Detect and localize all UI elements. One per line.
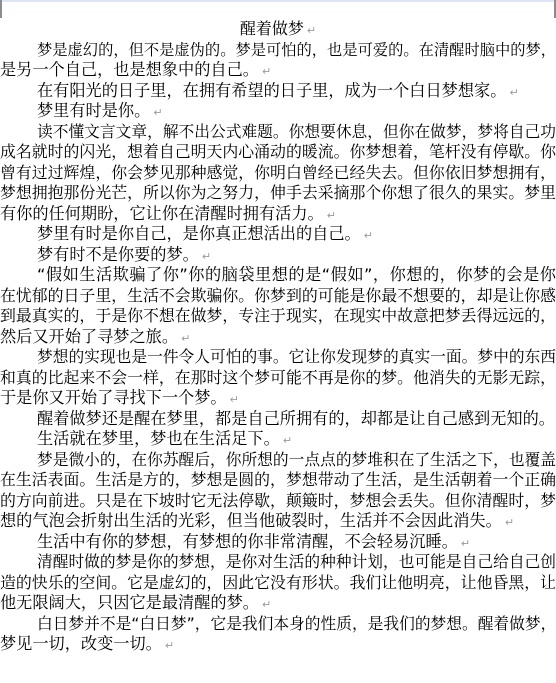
text-line: 醒着做梦还是醒在梦里，都是自己所拥有的，却都是让自己感到无知的。↵: [0, 409, 556, 430]
text-line: 是另一个自己，也是想象中的自己。↵: [0, 60, 556, 81]
paragraph: 白日梦并不是“白日梦”，它是我们本身的性质，是我们的梦想。醒着做梦，梦见一切，改…: [0, 614, 556, 655]
paragraph-mark-icon: ↵: [283, 434, 292, 447]
text-line: 白日梦并不是“白日梦”，它是我们本身的性质，是我们的梦想。醒着做梦，: [0, 614, 556, 635]
paragraph-mark-icon: ↵: [327, 209, 336, 222]
paragraph-mark-icon: ↵: [262, 598, 271, 611]
paragraph: 梦有时不是你要的梦。↵: [0, 245, 556, 266]
paragraph-mark-icon: ↵: [181, 332, 190, 345]
paragraph-mark-icon: ↵: [202, 250, 211, 263]
document-page[interactable]: 醒着做梦↵ 梦是虚幻的，但不是虚伪的。梦是可怕的，也是可爱的。在清醒时脑中的梦，…: [0, 19, 556, 655]
line-text: 然后又开始了寻梦之旅。: [0, 327, 178, 346]
line-text: 梦见一切，改变一切。: [0, 634, 162, 653]
paragraph: 梦想的实现也是一件令人可怕的事。它让你发现梦的真实一面。梦中的东西和真的比起来不…: [0, 347, 556, 409]
line-text: 的方向前进。只是在下坡时它无法停歇，颠簸时，梦想会丢失。但你清醒时，梦: [0, 491, 556, 510]
paragraph-mark-icon: ↵: [262, 65, 271, 78]
text-line: 然后又开始了寻梦之旅。↵: [0, 327, 556, 348]
text-line: 和真的比起来不会一样，在那时这个梦可能不再是你的梦。他消失的无影无踪，: [0, 368, 556, 389]
text-line: 想的气泡会折射出生活的光彩，但当他破裂时，生活并不会因此消失。↵: [0, 511, 556, 532]
line-text: 梦是微小的，在你苏醒后，你所想的一点点的梦堆积在了生活之下，也覆盖: [37, 450, 556, 469]
line-text: 读不懂文言文章，解不出公式难题。你想要休息，但你在做梦，梦将自己功: [37, 122, 556, 141]
document-title: 醒着做梦↵: [0, 19, 556, 40]
text-line: “假如生活欺骗了你”你的脑袋里想的是“假如”，你想的，你梦的会是你: [0, 265, 556, 286]
line-text: 梦是虚幻的，但不是虚伪的。梦是可怕的，也是可爱的。在清醒时脑中的梦，: [37, 41, 556, 59]
line-text: 醒着做梦还是醒在梦里，都是自己所拥有的，却都是让自己感到无知的。: [37, 409, 555, 428]
line-text: 生活中有你的梦想，有梦想的你非常清醒，不会轻易沉睡。: [37, 532, 458, 551]
paragraph-mark-icon: ↵: [307, 24, 316, 37]
paragraph: 梦是微小的，在你苏醒后，你所想的一点点的梦堆积在了生活之下，也覆盖在生活表面。生…: [0, 450, 556, 532]
text-line: 在有阳光的日子里，在拥有希望的日子里，成为一个白日梦想家。↵: [0, 81, 556, 102]
text-line: 有你的任何期盼，它让你在清醒时拥有活力。↵: [0, 204, 556, 225]
paragraph: 生活中有你的梦想，有梦想的你非常清醒，不会轻易沉睡。↵: [0, 532, 556, 553]
page-corner-mark-left: [0, 0, 2, 18]
text-line: 梦里有时是你自己，是你真正想活出的自己。↵: [0, 224, 556, 245]
text-line: 于是你又开始了寻找下一个梦。↵: [0, 388, 556, 409]
line-text: 想的气泡会折射出生活的光彩，但当他破裂时，生活并不会因此消失。: [0, 511, 502, 530]
line-text: 有你的任何期盼，它让你在清醒时拥有活力。: [0, 204, 324, 223]
line-text: 生活就在梦里，梦也在生活足下。: [37, 429, 280, 448]
line-text: 造的快乐的空间。它是虚幻的，因此它没有形状。我们让他明亮，让他昏黑，让: [0, 573, 556, 592]
text-line: 梦是虚幻的，但不是虚伪的。梦是可怕的，也是可爱的。在清醒时脑中的梦，: [0, 40, 556, 61]
line-text: 在有阳光的日子里，在拥有希望的日子里，成为一个白日梦想家。: [37, 81, 506, 100]
line-text: 梦里有时是你自己，是你真正想活出的自己。: [37, 224, 361, 243]
text-line: 生活就在梦里，梦也在生活足下。↵: [0, 429, 556, 450]
line-text: 梦想拥抱那份光芒，所以你为之努力，伸手去采摘那个你想了很久的果实。梦里: [0, 183, 556, 202]
line-text: 在忧郁的日子里，生活不会欺骗你。你梦到的可能是你最不想要的，却是让你感: [0, 286, 556, 305]
text-line: 在忧郁的日子里，生活不会欺骗你。你梦到的可能是你最不想要的，却是让你感: [0, 286, 556, 307]
text-line: 造的快乐的空间。它是虚幻的，因此它没有形状。我们让他明亮，让他昏黑，让: [0, 573, 556, 594]
paragraph-mark-icon: ↵: [505, 516, 514, 529]
text-line: 他无限阔大，只因它是最清醒的梦。↵: [0, 593, 556, 614]
line-text: 曾有过过辉煌，你会梦见那种感觉，你明白曾经已经失去。但你依旧梦想拥有，: [0, 163, 556, 182]
paragraph: 梦里有时是你自己，是你真正想活出的自己。↵: [0, 224, 556, 245]
paragraph-mark-icon: ↵: [509, 86, 518, 99]
paragraph: 生活就在梦里，梦也在生活足下。↵: [0, 429, 556, 450]
paragraph-mark-icon: ↵: [364, 229, 373, 242]
window-top-strip: [0, 0, 556, 2]
text-line: 梦里有时是你。↵: [0, 101, 556, 122]
paragraph-mark-icon: ↵: [153, 106, 162, 119]
text-line: 梦想拥抱那份光芒，所以你为之努力，伸手去采摘那个你想了很久的果实。梦里: [0, 183, 556, 204]
text-line: 梦是微小的，在你苏醒后，你所想的一点点的梦堆积在了生活之下，也覆盖: [0, 450, 556, 471]
line-text: 是另一个自己，也是想象中的自己。: [0, 60, 259, 79]
line-text: 于是你又开始了寻找下一个梦。: [0, 388, 227, 407]
paragraph: 梦里有时是你。↵: [0, 101, 556, 122]
text-line: 梦有时不是你要的梦。↵: [0, 245, 556, 266]
line-text: 他无限阔大，只因它是最清醒的梦。: [0, 593, 259, 612]
line-text: “假如生活欺骗了你”你的脑袋里想的是“假如”，你想的，你梦的会是你: [37, 265, 556, 284]
text-line: 清醒时做的梦是你的梦想，是你对生活的种种计划，也可能是自己给自己创: [0, 552, 556, 573]
paragraph: 清醒时做的梦是你的梦想，是你对生活的种种计划，也可能是自己给自己创造的快乐的空间…: [0, 552, 556, 614]
line-text: 在生活表面。生活是方的，梦想是圆的，梦想带动了生活，是生活朝着一个正确: [0, 470, 556, 489]
line-text: 白日梦并不是“白日梦”，它是我们本身的性质，是我们的梦想。醒着做梦，: [37, 614, 556, 633]
paragraph: 梦是虚幻的，但不是虚伪的。梦是可怕的，也是可爱的。在清醒时脑中的梦，是另一个自己…: [0, 40, 556, 81]
text-line: 生活中有你的梦想，有梦想的你非常清醒，不会轻易沉睡。↵: [0, 532, 556, 553]
paragraph-mark-icon: ↵: [230, 393, 239, 406]
paragraph: “假如生活欺骗了你”你的脑袋里想的是“假如”，你想的，你梦的会是你在忧郁的日子里…: [0, 265, 556, 347]
line-text: 梦有时不是你要的梦。: [37, 245, 199, 264]
line-text: 和真的比起来不会一样，在那时这个梦可能不再是你的梦。他消失的无影无踪，: [0, 368, 556, 387]
text-line: 梦见一切，改变一切。↵: [0, 634, 556, 655]
text-line: 梦想的实现也是一件令人可怕的事。它让你发现梦的真实一面。梦中的东西: [0, 347, 556, 368]
paragraph: 在有阳光的日子里，在拥有希望的日子里，成为一个白日梦想家。↵: [0, 81, 556, 102]
text-line: 读不懂文言文章，解不出公式难题。你想要休息，但你在做梦，梦将自己功: [0, 122, 556, 143]
paragraph-mark-icon: ↵: [165, 639, 174, 652]
document-body: 梦是虚幻的，但不是虚伪的。梦是可怕的，也是可爱的。在清醒时脑中的梦，是另一个自己…: [0, 40, 556, 655]
line-text: 梦想的实现也是一件令人可怕的事。它让你发现梦的真实一面。梦中的东西: [37, 347, 556, 366]
line-text: 清醒时做的梦是你的梦想，是你对生活的种种计划，也可能是自己给自己创: [37, 552, 556, 571]
text-line: 曾有过过辉煌，你会梦见那种感觉，你明白曾经已经失去。但你依旧梦想拥有，: [0, 163, 556, 184]
line-text: 成名就时的闪光，想着自己明天内心涌动的暖流。你梦想着，笔杆没有停歇。你: [0, 142, 556, 161]
text-line: 到最真实的，于是你不想在做梦，专注于现实，在现实中故意把梦丢得远远的，: [0, 306, 556, 327]
paragraph: 醒着做梦还是醒在梦里，都是自己所拥有的，却都是让自己感到无知的。↵: [0, 409, 556, 430]
document-title-text: 醒着做梦: [240, 19, 304, 38]
text-line: 成名就时的闪光，想着自己明天内心涌动的暖流。你梦想着，笔杆没有停歇。你: [0, 142, 556, 163]
line-text: 梦里有时是你。: [37, 101, 150, 120]
line-text: 到最真实的，于是你不想在做梦，专注于现实，在现实中故意把梦丢得远远的，: [0, 306, 556, 325]
paragraph-mark-icon: ↵: [461, 537, 470, 550]
paragraph: 读不懂文言文章，解不出公式难题。你想要休息，但你在做梦，梦将自己功成名就时的闪光…: [0, 122, 556, 225]
text-line: 的方向前进。只是在下坡时它无法停歇，颠簸时，梦想会丢失。但你清醒时，梦: [0, 491, 556, 512]
text-line: 在生活表面。生活是方的，梦想是圆的，梦想带动了生活，是生活朝着一个正确: [0, 470, 556, 491]
